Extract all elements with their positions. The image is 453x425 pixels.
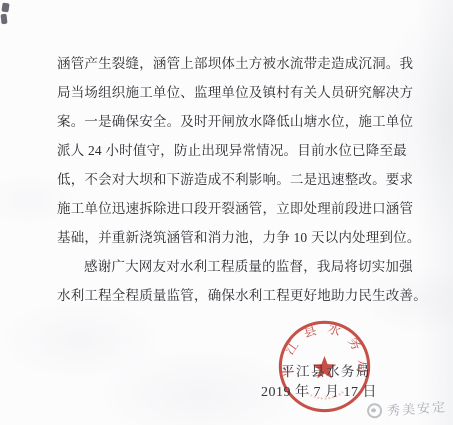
scan-ink-mark <box>1 3 9 13</box>
signature-date: 2019 年 7 月 17 日 <box>261 381 377 401</box>
body-line: 感谢广大网友对水利工程质量的监督，我局将切实加强 <box>84 252 401 281</box>
scanned-document-page: 涵管产生裂缝，涵管上部坝体土方被水流带走造成沉洞。我 局当场组织施工单位、监理单… <box>0 0 453 425</box>
signature-agency: 平江县水务局 <box>281 360 371 380</box>
body-line: 派人 24 小时值守，防止出现异常情况。目前水位已降至最 <box>57 136 401 165</box>
document-body: 涵管产生裂缝，涵管上部坝体土方被水流带走造成沉洞。我 局当场组织施工单位、监理单… <box>57 49 401 310</box>
body-line: 基础，并重新浇筑涵管和消力池，力争 10 天以内处理到位。 <box>57 223 401 252</box>
body-line: 施工单位迅速拆除进口段开裂涵管，立即处理前段进口涵管 <box>57 194 401 223</box>
body-line: 局当场组织施工单位、监理单位及镇村有关人员研究解决方 <box>57 78 401 107</box>
watermark: 秀美安定 <box>366 396 447 421</box>
body-line: 低，不会对大坝和下游造成不利影响。二是迅速整改。要求 <box>57 165 401 194</box>
body-line: 案。一是确保安全。及时开闸放水降低山塘水位，施工单位 <box>57 107 401 136</box>
body-line: 涵管产生裂缝，涵管上部坝体土方被水流带走造成沉洞。我 <box>57 49 401 78</box>
watermark-logo-icon <box>367 403 383 419</box>
watermark-label: 秀美安定 <box>386 396 447 419</box>
body-line: 水利工程全程质量监管，确保水利工程更好地助力民生改善。 <box>57 281 401 310</box>
scan-ink-mark <box>0 14 7 25</box>
